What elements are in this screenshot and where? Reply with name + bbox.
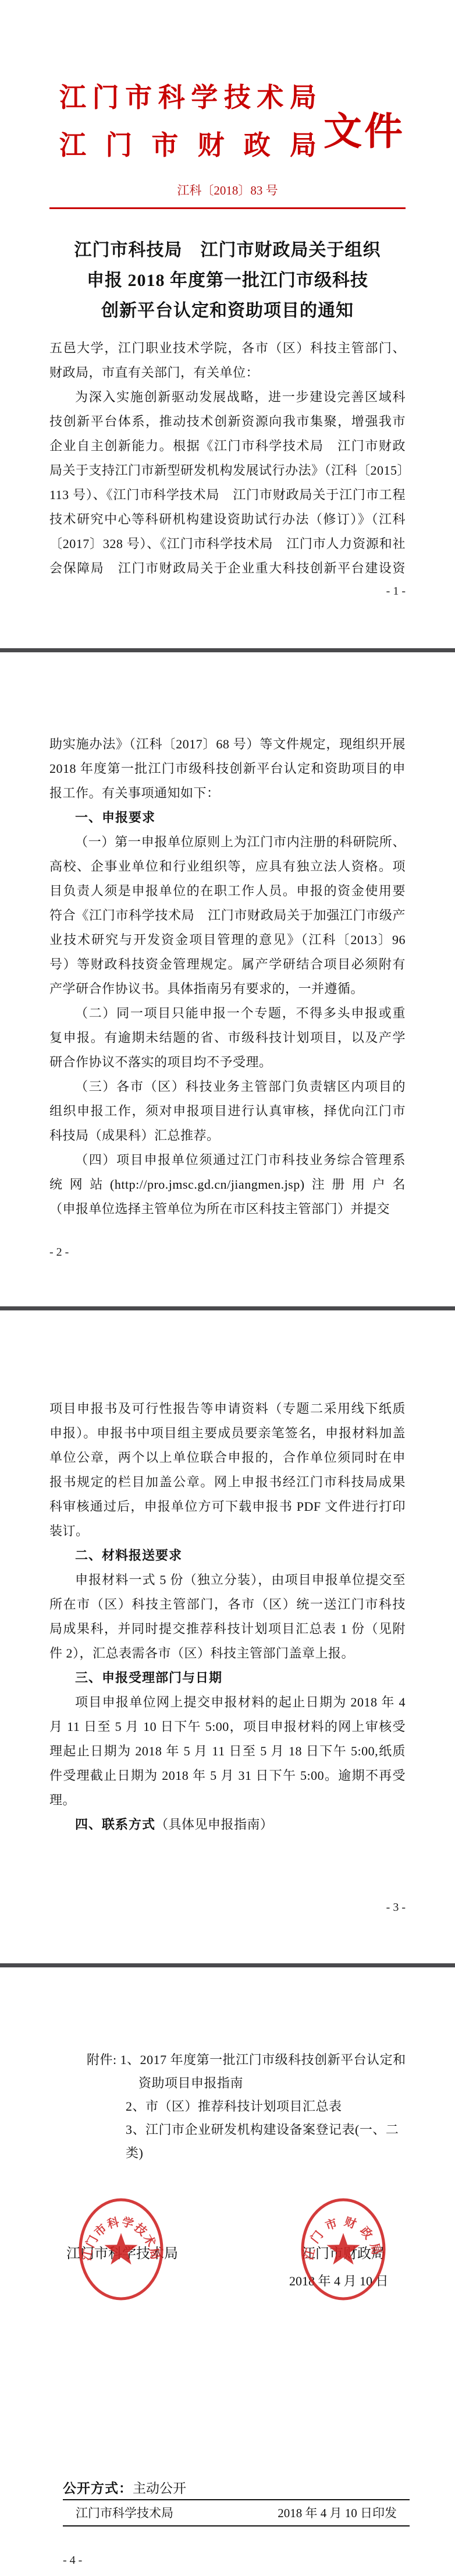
page2-body-text: 助实施办法》（江科〔2017〕68 号）等文件规定，现组织开展2018 年度第一… — [49, 732, 406, 1221]
text-line: 财政局，市直有关部门，有关单位： — [49, 361, 406, 385]
document-page-2: 助实施办法》（江科〔2017〕68 号）等文件规定，现组织开展2018 年度第一… — [0, 652, 455, 1306]
text-line: 资助项目申报指南 — [87, 2072, 413, 2095]
text-line: 2018 年度第一批江门市级科技创新平台认定和资助项目的申 — [49, 757, 406, 781]
text-line: 会保障局 江门市财政局关于企业重大科技创新平台建设资 — [49, 556, 406, 581]
text-line: （申报单位选择主管单位为所在市区科技主管部门）并提交 — [49, 1197, 406, 1221]
page-number-3: - 3 - — [386, 1900, 406, 1914]
page1-body-text: 五邑大学，江门职业技术学院，各市（区）科技主管部门、财政局，市直有关部门，有关单… — [49, 336, 406, 581]
text-line: 报书规定的栏目加盖公章。网上申报书经江门市科技局成果 — [49, 1470, 406, 1494]
text-line: 产学研合作协议书。具体指南另有要求的，一并遵循。 — [49, 977, 406, 1001]
letterhead-doc-type: 文件 — [324, 112, 411, 153]
page-separator — [0, 1306, 455, 1310]
text-line: 局成果科，并同时提交推荐科技计划项目汇总表 1 份（见附 — [49, 1617, 406, 1641]
letterhead: 江门市科学技术局 江门市财政局 — [59, 82, 317, 162]
text-line: 业技术研究与开发资金项目管理的意见》（江科〔2013〕96 — [49, 928, 406, 952]
letterhead-agency-2: 江门市财政局 — [59, 129, 317, 162]
page-number-1: - 1 - — [386, 584, 406, 598]
star-icon — [327, 2233, 360, 2264]
text-line: 报工作。有关事项通知如下： — [49, 781, 406, 805]
text-line: 创新平台认定和资助项目的通知 — [35, 296, 420, 326]
text-line: 项目申报书及可行性报告等申请资料（专题二采用线下纸质 — [49, 1397, 406, 1421]
letterhead-agency-1: 江门市科学技术局 — [59, 82, 317, 114]
imprint-agency: 江门市科学技术局 — [76, 2506, 173, 2520]
attachments-list: 附件: 1、2017 年度第一批江门市级科技创新平台认定和资助项目申报指南2、市… — [87, 2048, 413, 2142]
imprint-row: 江门市科学技术局 2018 年 4 月 10 日印发 — [76, 2506, 397, 2521]
text-line: 月 11 日至 5 月 10 日下午 5:00，项目申报材料的网上审核受 — [49, 1715, 406, 1739]
publicity-row: 公开方式：主动公开 — [63, 2480, 186, 2497]
text-line: 单位公章，两个以上单位联合申报的，合作单位须同时在申 — [49, 1446, 406, 1470]
text-line: 申报 2018 年度第一批江门市级科技 — [35, 266, 420, 296]
text-line: （四）项目申报单位须通过江门市科技业务综合管理系 — [49, 1148, 406, 1172]
publicity-value: 主动公开 — [133, 2481, 186, 2496]
imprint-print-date: 2018 年 4 月 10 日印发 — [278, 2506, 397, 2521]
text-line: 为深入实施创新驱动发展战略，进一步建设完善区域科 — [49, 385, 406, 409]
text-line: 附件: 1、2017 年度第一批江门市级科技创新平台认定和 — [87, 2048, 413, 2072]
text-line: 件 2），汇总表需各市（区）科技主管部门盖章上报。 — [49, 1641, 406, 1666]
document-page-3: 项目申报书及可行性报告等申请资料（专题二采用线下纸质申报）。申报书中项目组主要成… — [0, 1310, 455, 1963]
text-line: 符合《江门市科学技术局 江门市财政局关于加强江门市级产 — [49, 903, 406, 928]
text-line: 高校、企事业单位和行业组织等，应具有独立法人资格。项 — [49, 854, 406, 879]
text-line: 组织申报工作，须对申报项目进行认真审核，择优向江门市 — [49, 1099, 406, 1123]
text-line: （一）第一申报单位原则上为江门市内注册的科研院所、 — [49, 830, 406, 854]
text-line: 技术研究中心等科研机构建设资助试行办法（修订）》（江科 — [49, 507, 406, 532]
document-title: 江门市科技局 江门市财政局关于组织申报 2018 年度第一批江门市级科技创新平台… — [35, 235, 420, 326]
text-line: 所在市（区）科技主管部门，各市（区）统一送江门市科技 — [49, 1592, 406, 1617]
text-line: 复申报。有逾期未结题的省、市级科技计划项目，以及产学 — [49, 1026, 406, 1050]
official-seal-left: 江门市科学技术局 — [77, 2197, 165, 2302]
text-line: （二）同一项目只能申报一个专题，不得多头申报或重 — [49, 1001, 406, 1026]
text-line: （三）各市（区）科技业务主管部门负责辖区内项目的 — [49, 1075, 406, 1099]
text-line: 装订。 — [49, 1519, 406, 1543]
page-number-2: - 2 - — [49, 1245, 69, 1259]
red-divider-rule — [49, 207, 406, 209]
text-line: 四、联系方式（具体见申报指南） — [49, 1812, 406, 1837]
text-line: 理起止日期为 2018 年 5 月 11 日至 5 月 18 日下午 5:00,… — [49, 1739, 406, 1764]
text-line: 3、江门市企业研发机构建设备案登记表(一、二类) — [87, 2118, 413, 2142]
text-line: 江门市科技局 江门市财政局关于组织 — [35, 235, 420, 266]
page-separator — [0, 1963, 455, 1967]
text-line: 研合作协议不落实的项目均不予受理。 — [49, 1050, 406, 1075]
text-line: 申报材料一式 5 份（独立分装），由项目申报单位提交至 — [49, 1568, 406, 1592]
text-line: 一、申报要求 — [49, 805, 406, 830]
text-line: 企业自主创新能力。根据《江门市科学技术局 江门市财政 — [49, 434, 406, 458]
document-page-1: 江门市科学技术局 江门市财政局 文件 江科〔2018〕83 号 江门市科技局 江… — [0, 0, 455, 648]
footer-rule-bottom — [63, 2525, 410, 2526]
text-line: 理。 — [49, 1788, 406, 1812]
page-separator — [0, 648, 455, 652]
text-line: 目负责人须是申报单位的在职工作人员。申报的资金使用要 — [49, 879, 406, 903]
official-document: 江门市科学技术局 江门市财政局 文件 江科〔2018〕83 号 江门市科技局 江… — [0, 0, 455, 2576]
page3-body-text: 项目申报书及可行性报告等申请资料（专题二采用线下纸质申报）。申报书中项目组主要成… — [49, 1397, 406, 1837]
text-line: 号）等财政科技资金管理规定。属产学研结合项目必须附有 — [49, 952, 406, 977]
text-line: 技创新平台体系，推动技术创新资源向我市集聚，增强我市 — [49, 409, 406, 434]
text-line: 五邑大学，江门职业技术学院，各市（区）科技主管部门、 — [49, 336, 406, 361]
publicity-label: 公开方式： — [63, 2481, 133, 2496]
text-line: 科技局（成果科）汇总推荐。 — [49, 1123, 406, 1148]
text-line: 113 号）、《江门市科学技术局 江门市财政局关于江门市工程 — [49, 483, 406, 507]
text-line: 〔2017〕328 号）、《江门市科学技术局 江门市人力资源和社 — [49, 532, 406, 556]
official-seal-right: 江门市财政局 — [300, 2197, 387, 2302]
text-line: 件受理截止日期为 2018 年 5 月 31 日下午 5:00。逾期不再受 — [49, 1764, 406, 1788]
document-number: 江科〔2018〕83 号 — [0, 183, 455, 198]
text-line: 申报）。申报书中项目组主要成员要亲笔签名，申报材料加盖 — [49, 1421, 406, 1446]
footer-rule-top — [63, 2499, 410, 2500]
text-line: 三、申报受理部门与日期 — [49, 1666, 406, 1690]
text-line-suffix: （具体见申报指南） — [155, 1817, 273, 1832]
document-page-4: 附件: 1、2017 年度第一批江门市级科技创新平台认定和资助项目申报指南2、市… — [0, 1967, 455, 2576]
text-line: 统网站(http://pro.jmsc.gd.cn/jiangmen.jsp)注… — [49, 1172, 406, 1197]
text-line: 局关于支持江门市新型研发机构发展试行办法》（江科〔2015〕 — [49, 458, 406, 483]
star-icon — [105, 2233, 138, 2264]
text-line: 2、市（区）推荐科技计划项目汇总表 — [87, 2095, 413, 2118]
text-line: 项目申报单位网上提交申报材料的起止日期为 2018 年 4 — [49, 1690, 406, 1715]
text-line: 二、材料报送要求 — [49, 1543, 406, 1568]
page-number-4: - 4 - — [63, 2553, 82, 2567]
text-line: 科审核通过后，申报单位方可下载申报书 PDF 文件进行打印 — [49, 1494, 406, 1519]
text-line: 助实施办法》（江科〔2017〕68 号）等文件规定，现组织开展 — [49, 732, 406, 757]
